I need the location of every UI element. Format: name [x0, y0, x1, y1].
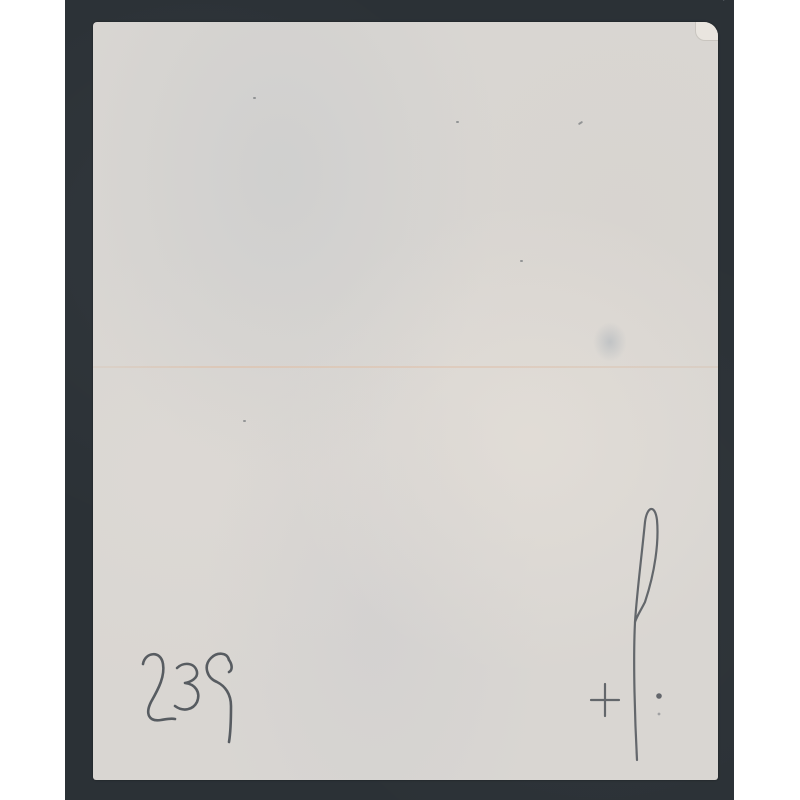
thin-spot	[593, 322, 627, 362]
pencil-catalog-number: 239	[135, 646, 245, 746]
pencil-grader-mark: + P.	[583, 502, 673, 764]
backing-scratch	[723, 0, 745, 11]
paper-speck	[578, 121, 583, 126]
pencil-239-glyphs	[135, 646, 245, 746]
paper-speck	[243, 420, 246, 422]
stamp-reverse: 239 + P.	[93, 22, 718, 780]
horizontal-fold-line	[93, 366, 718, 368]
pencil-plus-p-glyphs	[583, 502, 673, 764]
paper-speck	[456, 121, 459, 123]
paper-speck	[253, 97, 256, 99]
paper-speck	[520, 260, 523, 262]
